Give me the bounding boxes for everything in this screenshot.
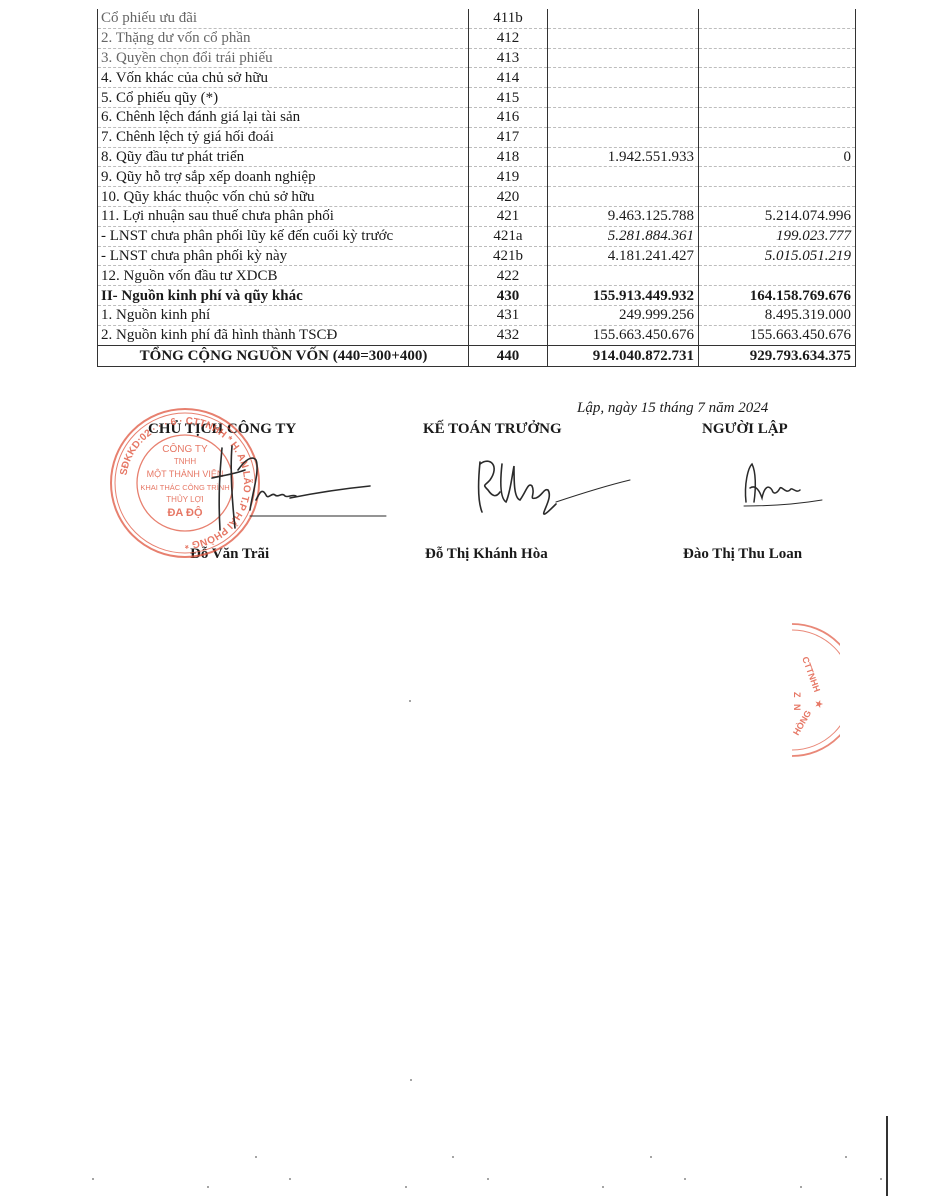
current-period-value: 914.040.872.731 [548, 345, 699, 366]
row-code: 418 [469, 147, 548, 167]
table-row: 11. Lợi nhuận sau thuế chưa phân phối421… [98, 206, 856, 226]
current-period-value [548, 88, 699, 108]
chief-accountant-signature-icon [470, 452, 640, 527]
scan-speck [410, 1079, 412, 1081]
scan-speck [800, 1186, 802, 1188]
previous-period-value [699, 9, 856, 28]
scan-speck [602, 1186, 604, 1188]
previous-period-value: 155.663.450.676 [699, 325, 856, 345]
svg-text:HÒNG: HÒNG [790, 708, 813, 737]
scan-speck [684, 1178, 686, 1180]
row-code: 431 [469, 305, 548, 325]
svg-text:N: N [792, 704, 802, 711]
previous-period-value [699, 48, 856, 68]
row-label: - LNST chưa phân phối kỳ này [98, 246, 469, 266]
table-row: 7. Chênh lệch tỷ giá hối đoái417 [98, 127, 856, 147]
row-code: 411b [469, 9, 548, 28]
previous-period-value [699, 266, 856, 286]
current-period-value [548, 107, 699, 127]
row-label: TỔNG CỘNG NGUỒN VỐN (440=300+400) [98, 345, 469, 366]
scan-speck [92, 1178, 94, 1180]
current-period-value: 249.999.256 [548, 305, 699, 325]
row-code: 419 [469, 167, 548, 187]
previous-period-value [699, 127, 856, 147]
row-label: 9. Qũy hỗ trợ sắp xếp doanh nghiệp [98, 167, 469, 187]
row-label: 11. Lợi nhuận sau thuế chưa phân phối [98, 206, 469, 226]
current-period-value: 9.463.125.788 [548, 206, 699, 226]
row-code: 413 [469, 48, 548, 68]
current-period-value: 5.281.884.361 [548, 226, 699, 246]
svg-text:CTTNHH: CTTNHH [800, 655, 822, 693]
table-row: 9. Qũy hỗ trợ sắp xếp doanh nghiệp419 [98, 167, 856, 187]
current-period-value [548, 127, 699, 147]
report-date: Lập, ngày 15 tháng 7 năm 2024 [577, 400, 768, 417]
scan-speck [452, 1156, 454, 1158]
previous-period-value: 5.214.074.996 [699, 206, 856, 226]
current-period-value [548, 167, 699, 187]
previous-period-value [699, 28, 856, 48]
previous-period-value [699, 187, 856, 207]
scan-speck [255, 1156, 257, 1158]
table-row: 1. Nguồn kinh phí431249.999.2568.495.319… [98, 305, 856, 325]
row-code: 421b [469, 246, 548, 266]
row-label: 1. Nguồn kinh phí [98, 305, 469, 325]
svg-text:★: ★ [814, 700, 824, 709]
previous-period-value: 199.023.777 [699, 226, 856, 246]
previous-period-value: 164.158.769.676 [699, 286, 856, 306]
scan-edge-line [886, 1116, 888, 1196]
scan-speck [207, 1186, 209, 1188]
table-row: 10. Qũy khác thuộc vốn chủ sở hữu420 [98, 187, 856, 207]
previous-period-value: 929.793.634.375 [699, 345, 856, 366]
row-code: 416 [469, 107, 548, 127]
table-row: 6. Chênh lệch đánh giá lại tài sản416 [98, 107, 856, 127]
previous-period-value: 8.495.319.000 [699, 305, 856, 325]
current-period-value [548, 28, 699, 48]
row-label: 10. Qũy khác thuộc vốn chủ sở hữu [98, 187, 469, 207]
current-period-value [548, 266, 699, 286]
table-row: Cổ phiếu ưu đãi411b [98, 9, 856, 28]
table-row: 2. Thặng dư vốn cổ phần412 [98, 28, 856, 48]
row-code: 417 [469, 127, 548, 147]
previous-period-value [699, 107, 856, 127]
row-label: 5. Cổ phiếu qũy (*) [98, 88, 469, 108]
current-period-value: 155.663.450.676 [548, 325, 699, 345]
row-code: 421a [469, 226, 548, 246]
previous-period-value: 0 [699, 147, 856, 167]
row-code: 412 [469, 28, 548, 48]
current-period-value: 4.181.241.427 [548, 246, 699, 266]
row-label: II- Nguồn kinh phí và qũy khác [98, 286, 469, 306]
row-code: 430 [469, 286, 548, 306]
table-row: - LNST chưa phân phối kỳ này421b4.181.24… [98, 246, 856, 266]
preparer-name: Đào Thị Thu Loan [683, 546, 802, 563]
scan-speck [409, 700, 411, 702]
row-label: 2. Nguồn kinh phí đã hình thành TSCĐ [98, 325, 469, 345]
row-code: 415 [469, 88, 548, 108]
chief-accountant-name: Đỗ Thị Khánh Hòa [425, 546, 548, 563]
row-label: 2. Thặng dư vốn cổ phần [98, 28, 469, 48]
current-period-value [548, 187, 699, 207]
table-row: II- Nguồn kinh phí và qũy khác430155.913… [98, 286, 856, 306]
previous-period-value [699, 88, 856, 108]
chief-accountant-title: KẾ TOÁN TRƯỞNG [423, 421, 562, 438]
row-label: 6. Chênh lệch đánh giá lại tài sản [98, 107, 469, 127]
chairman-signature-icon [190, 440, 390, 540]
row-code: 414 [469, 68, 548, 88]
row-code: 440 [469, 345, 548, 366]
scan-speck [650, 1156, 652, 1158]
scan-speck [880, 1178, 882, 1180]
current-period-value [548, 68, 699, 88]
scan-speck [487, 1178, 489, 1180]
preparer-title: NGƯỜI LẬP [702, 421, 788, 438]
scan-speck [289, 1178, 291, 1180]
current-period-value: 1.942.551.933 [548, 147, 699, 167]
row-code: 420 [469, 187, 548, 207]
partial-stamp-icon: CTTNHH ★ Z N HÒNG [780, 620, 840, 760]
table-row: 12. Nguồn vốn đầu tư XDCB422 [98, 266, 856, 286]
previous-period-value [699, 167, 856, 187]
row-code: 421 [469, 206, 548, 226]
svg-text:Z: Z [792, 692, 802, 698]
current-period-value [548, 48, 699, 68]
table-row: TỔNG CỘNG NGUỒN VỐN (440=300+400)440914.… [98, 345, 856, 366]
row-label: 8. Qũy đầu tư phát triển [98, 147, 469, 167]
table-row: 4. Vốn khác của chủ sở hữu414 [98, 68, 856, 88]
row-label: 3. Quyền chọn đổi trái phiếu [98, 48, 469, 68]
row-code: 422 [469, 266, 548, 286]
table-row: 3. Quyền chọn đổi trái phiếu413 [98, 48, 856, 68]
previous-period-value: 5.015.051.219 [699, 246, 856, 266]
previous-period-value [699, 68, 856, 88]
table-row: 5. Cổ phiếu qũy (*)415 [98, 88, 856, 108]
row-label: - LNST chưa phân phối lũy kế đến cuối kỳ… [98, 226, 469, 246]
row-label: 7. Chênh lệch tỷ giá hối đoái [98, 127, 469, 147]
row-label: 4. Vốn khác của chủ sở hữu [98, 68, 469, 88]
table-row: 8. Qũy đầu tư phát triển4181.942.551.933… [98, 147, 856, 167]
row-code: 432 [469, 325, 548, 345]
balance-sheet-table: Cổ phiếu ưu đãi411b2. Thặng dư vốn cổ ph… [97, 9, 856, 367]
current-period-value [548, 9, 699, 28]
current-period-value: 155.913.449.932 [548, 286, 699, 306]
preparer-signature-icon [738, 458, 828, 513]
scan-speck [405, 1186, 407, 1188]
table-row: 2. Nguồn kinh phí đã hình thành TSCĐ4321… [98, 325, 856, 345]
row-label: Cổ phiếu ưu đãi [98, 9, 469, 28]
table-row: - LNST chưa phân phối lũy kế đến cuối kỳ… [98, 226, 856, 246]
row-label: 12. Nguồn vốn đầu tư XDCB [98, 266, 469, 286]
scan-speck [845, 1156, 847, 1158]
